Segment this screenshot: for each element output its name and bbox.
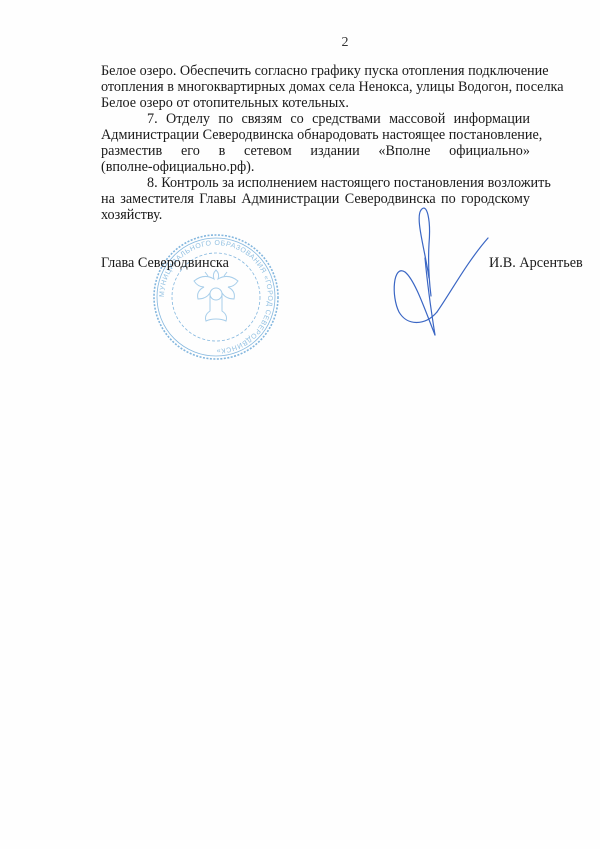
document-page: 2 Белое озеро. Обеспечить согласно графи… [0,0,600,849]
paragraph-continuation: Белое озеро. Обеспечить согласно графику… [101,63,530,111]
text-line: 7. Отделу по связям со средствами массов… [101,111,530,127]
text-line: 8. Контроль за исполнением настоящего по… [101,175,530,191]
paragraph-item-7: 7. Отделу по связям со средствами массов… [101,111,530,175]
official-seal-icon: МУНИЦИПАЛЬНОГО ОБРАЗОВАНИЯ «ГОРОД СЕВЕРО… [150,232,282,362]
signatory-position: Глава Северодвинска [101,255,229,271]
text-line: Администрации Северодвинска обнародовать… [101,127,530,143]
text-line: Белое озеро от отопительных котельных. [101,95,530,111]
text-line: отопления в многоквартирных домах села Н… [101,79,530,95]
page-number: 2 [0,35,600,51]
document-body: Белое озеро. Обеспечить согласно графику… [101,63,530,223]
text-line: Белое озеро. Обеспечить согласно графику… [101,63,530,79]
handwritten-signature-icon [385,200,505,345]
text-line: (вполне-официально.рф). [101,159,530,175]
text-line: разместив его в сетевом издании «Вполне … [101,143,530,159]
